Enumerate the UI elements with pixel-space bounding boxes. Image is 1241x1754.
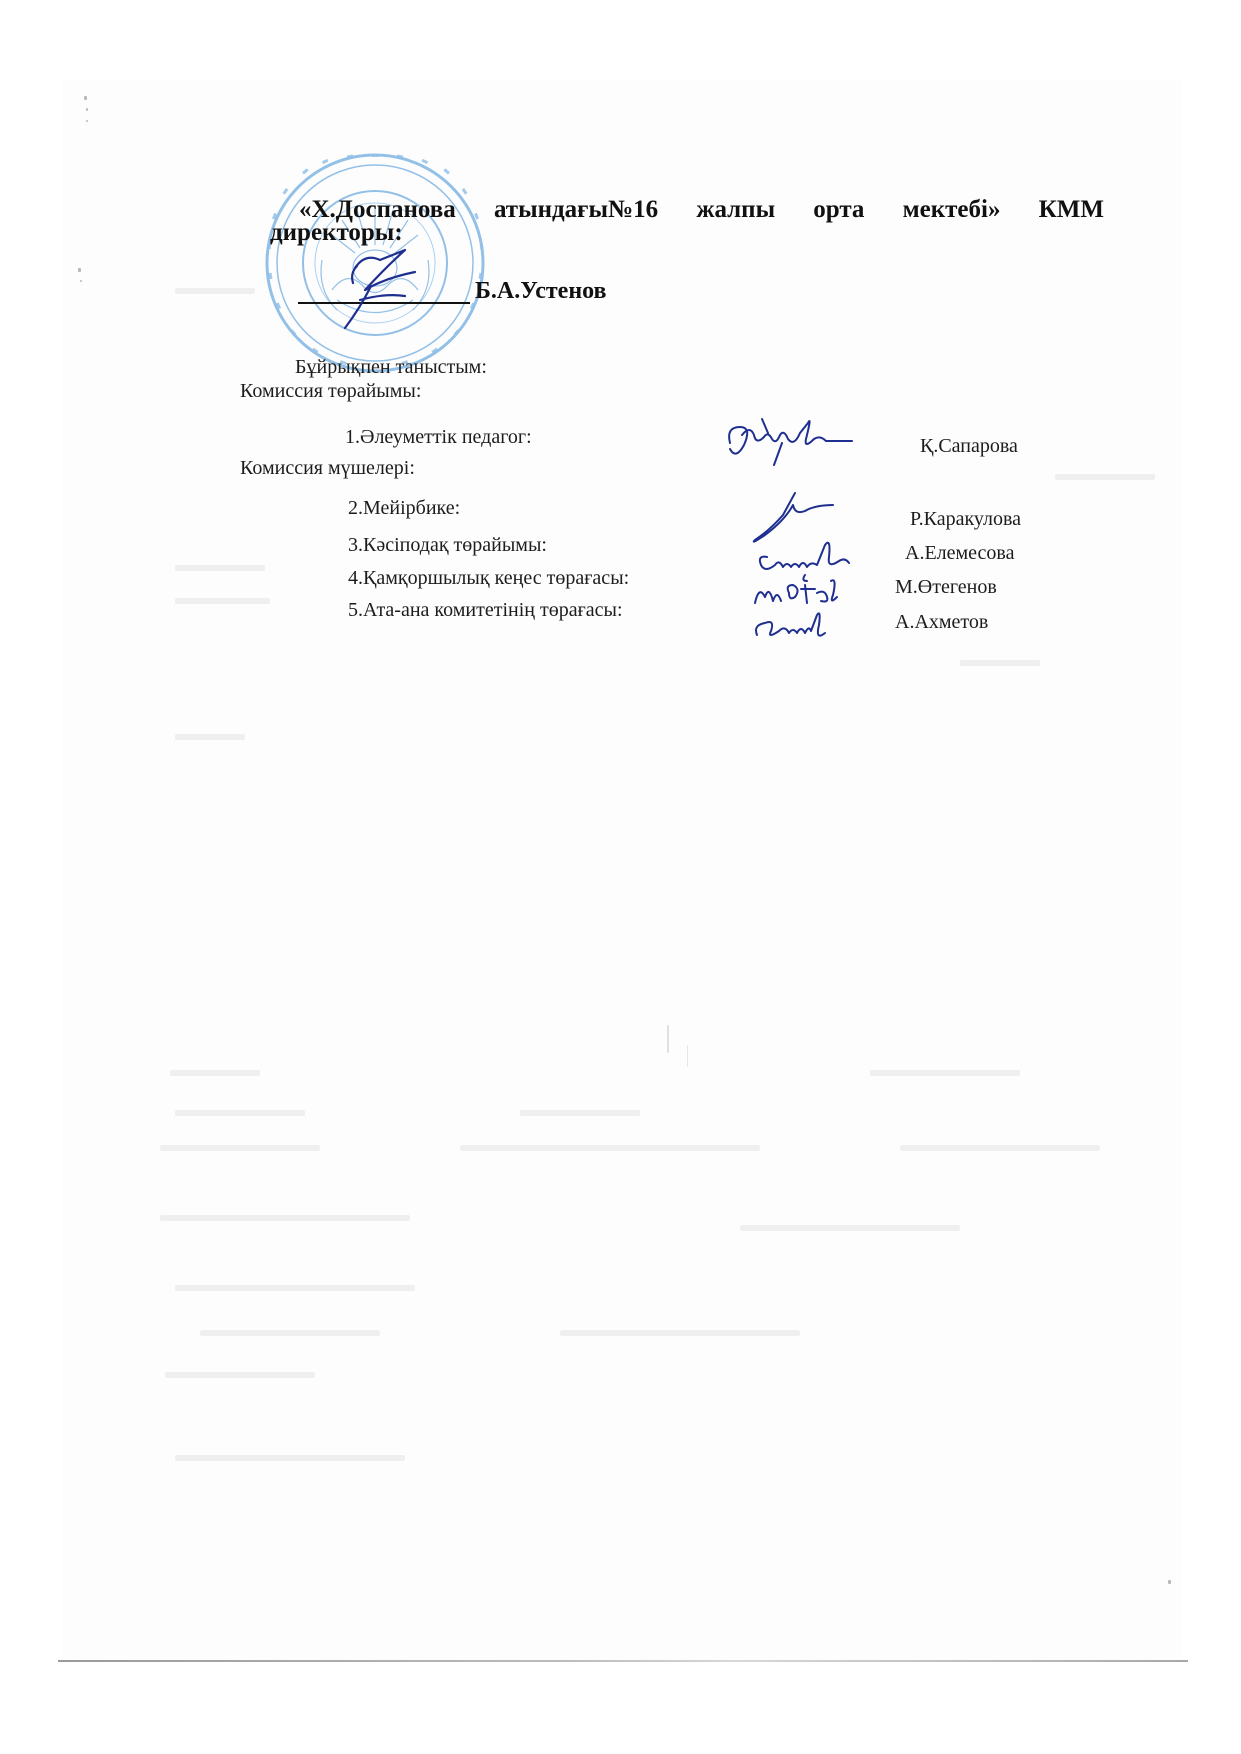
bleed-through-text [160, 1215, 410, 1221]
title-word: атындағы№16 [494, 196, 658, 224]
bleed-through-text [870, 1070, 1020, 1076]
scan-speck [78, 268, 81, 272]
bleed-through-text [175, 565, 265, 571]
entry-name: А.Елемесова [905, 542, 1014, 565]
bleed-through-text [175, 734, 245, 740]
scan-speck [80, 280, 82, 282]
bleed-through-text [175, 1110, 305, 1116]
bleed-through-text [170, 1070, 260, 1076]
commission-members-heading: Комиссия мүшелері: [240, 457, 415, 480]
entry-role: 1.Әлеуметтік педагог: [345, 426, 532, 449]
title-word: мектебі» [903, 196, 1001, 224]
page-bottom-edge [58, 1660, 1188, 1662]
entry-name: М.Өтегенов [895, 576, 997, 599]
bleed-through-text [165, 1372, 315, 1378]
document-title-line1: «Х.Доспанова атындағы№16 жалпы орта мект… [299, 196, 1104, 224]
bleed-through-text [520, 1110, 640, 1116]
entry-name: Р.Каракулова [910, 508, 1021, 531]
bleed-through-text [175, 1455, 405, 1461]
entry-name: А.Ахметов [895, 611, 988, 634]
scan-speck [667, 1025, 669, 1053]
bleed-through-text [200, 1330, 380, 1336]
scanned-page [62, 80, 1182, 1660]
bleed-through-text [1055, 474, 1155, 480]
bleed-through-text [175, 598, 270, 604]
bleed-through-text [160, 1145, 320, 1151]
entry-role: 2.Мейірбике: [348, 497, 460, 520]
director-name: Б.А.Устенов [475, 278, 607, 305]
scan-speck [86, 108, 88, 111]
acknowledgement-intro: Бұйрықпен таныстым: [295, 356, 487, 379]
title-word: КММ [1039, 196, 1104, 224]
bleed-through-text [560, 1330, 800, 1336]
entry-role: 5.Ата-ана комитетінің төрағасы: [348, 599, 623, 622]
commission-chair-heading: Комиссия төрайымы: [240, 380, 421, 403]
title-word: орта [813, 196, 864, 224]
document-title-line2: директоры: [270, 219, 403, 247]
director-signature-line [298, 302, 470, 304]
scan-speck [86, 120, 88, 122]
bleed-through-text [740, 1225, 960, 1231]
scan-speck [1168, 1580, 1171, 1584]
bleed-through-text [960, 660, 1040, 666]
scan-speck [687, 1045, 688, 1067]
entry-role: 4.Қамқоршылық кеңес төрағасы: [348, 567, 629, 590]
entry-name: Қ.Сапарова [920, 435, 1018, 458]
bleed-through-text [175, 288, 255, 294]
bleed-through-text [900, 1145, 1100, 1151]
bleed-through-text [460, 1145, 760, 1151]
title-word: жалпы [696, 196, 775, 224]
entry-role: 3.Кәсіподақ төрайымы: [348, 534, 547, 557]
scan-speck [84, 96, 87, 100]
bleed-through-text [175, 1285, 415, 1291]
